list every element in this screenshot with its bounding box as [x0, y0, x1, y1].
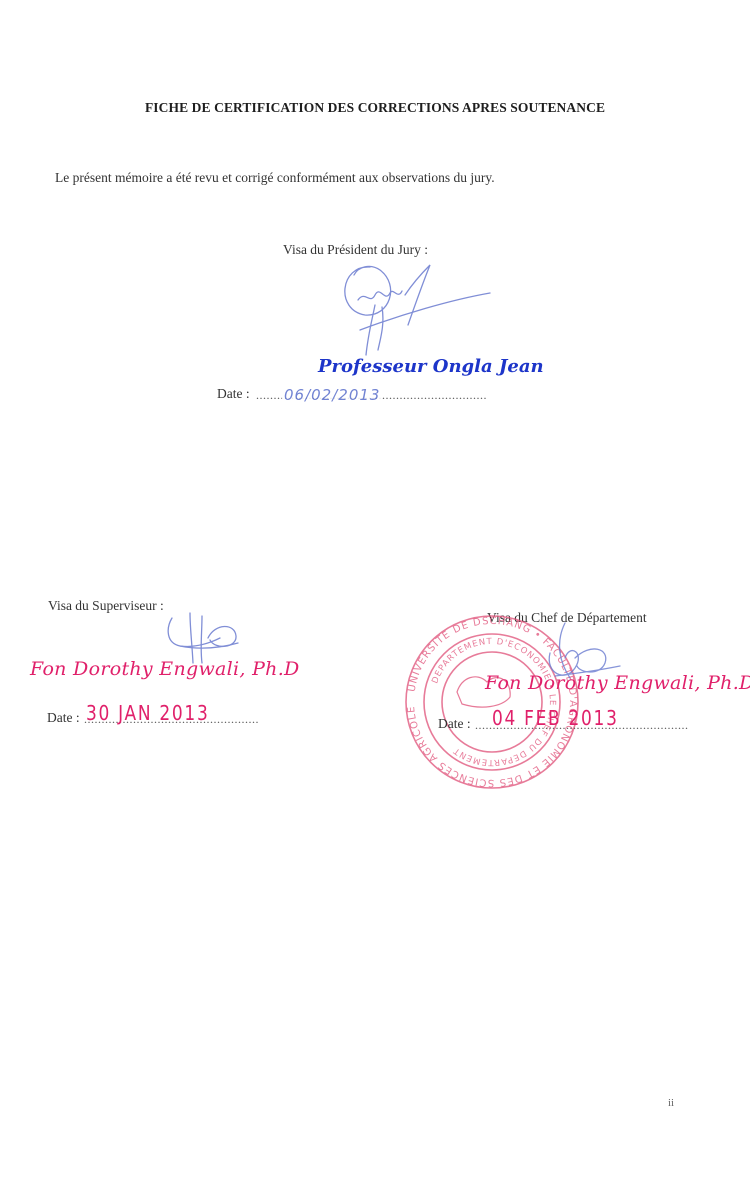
certification-statement: Le présent mémoire a été revu et corrigé… — [55, 170, 495, 186]
page-number: ii — [668, 1097, 674, 1109]
document-title: FICHE DE CERTIFICATION DES CORRECTIONS A… — [0, 100, 750, 116]
department-head-date-stamp: 04 FEB 2013 — [492, 706, 619, 730]
supervisor-visa-label: Visa du Superviseur : — [48, 598, 164, 614]
supervisor-date-label: Date : — [47, 710, 80, 726]
president-name-stamp: Professeur Ongla Jean — [318, 356, 544, 377]
president-date-label: Date : — [217, 386, 250, 402]
supervisor-name-stamp: Fon Dorothy Engwali, Ph.D — [30, 658, 300, 680]
president-signature-icon — [330, 255, 500, 365]
department-head-date-label: Date : — [438, 716, 471, 732]
department-head-name-stamp: Fon Dorothy Engwali, Ph.D — [485, 672, 750, 694]
supervisor-date-stamp: 30 JAN 2013 — [86, 701, 209, 725]
president-date-value: 06/02/2013 — [282, 386, 382, 404]
